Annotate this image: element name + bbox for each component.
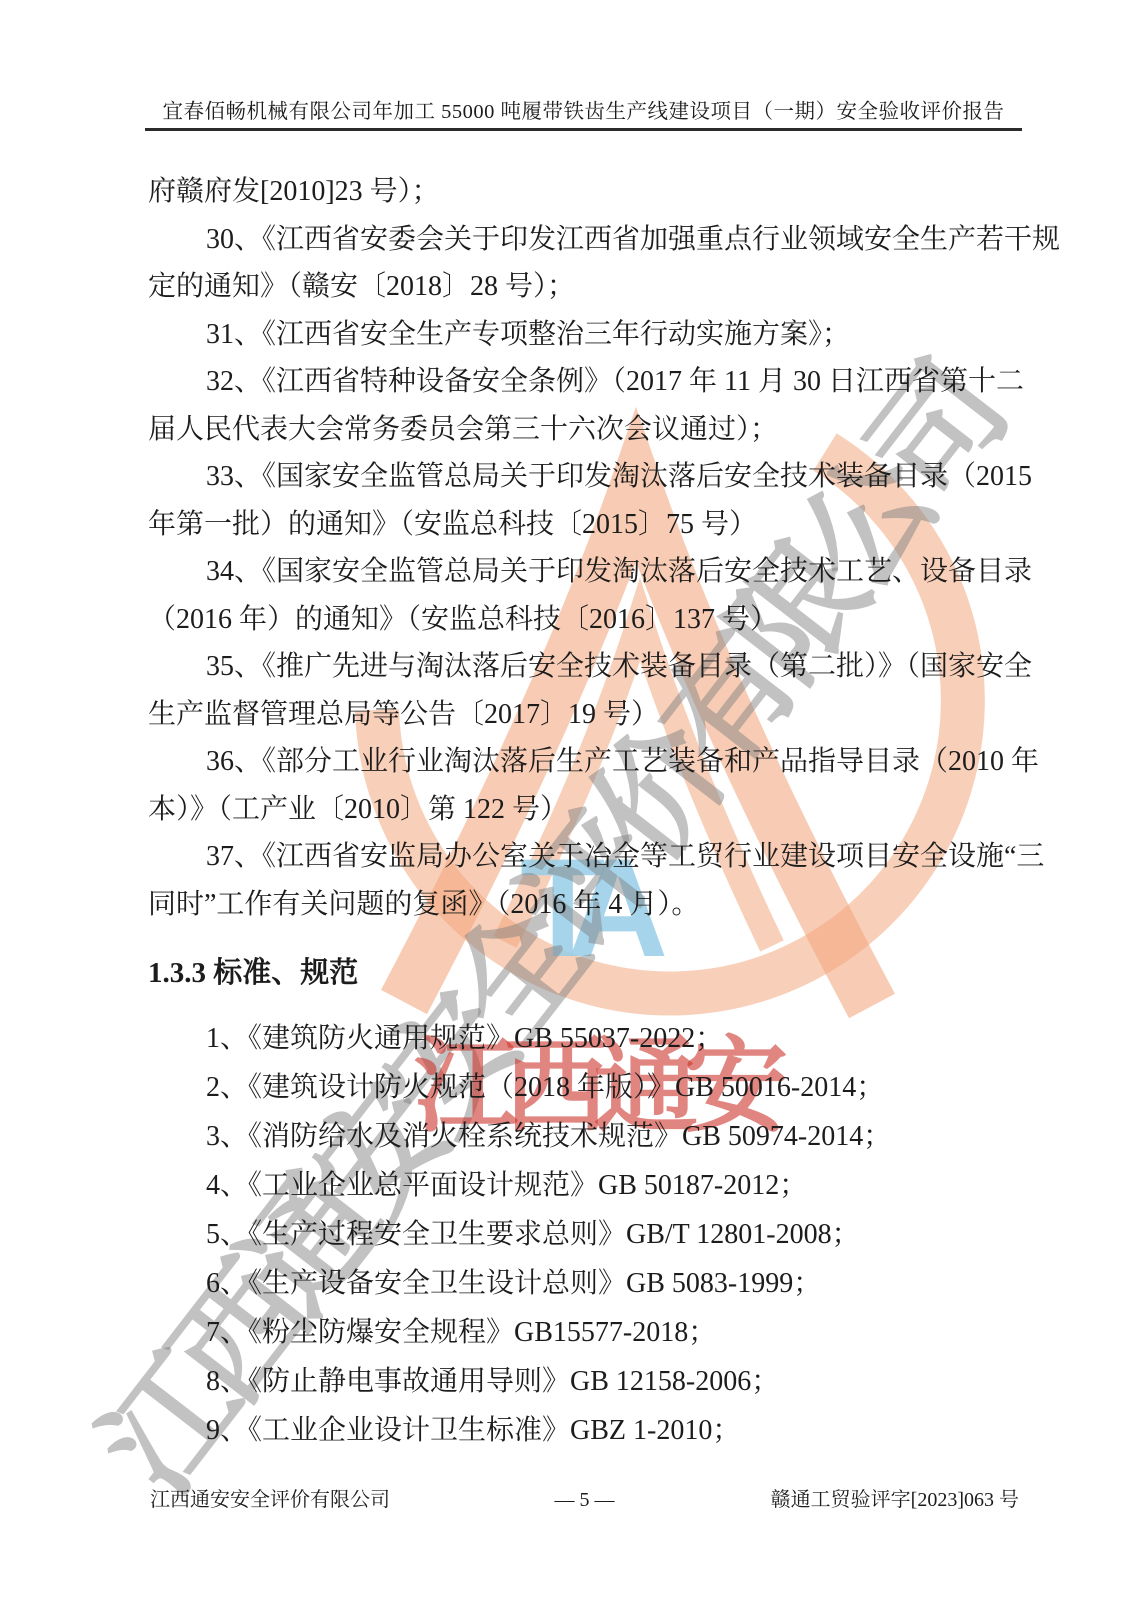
standard-line: 6、《生产设备安全卫生设计总则》GB 5083-1999； bbox=[148, 1259, 1026, 1308]
standard-line: 7、《粉尘防爆安全规程》GB15577-2018； bbox=[148, 1308, 1026, 1357]
document-body: 府赣府发[2010]23 号）； 30、《江西省安委会关于印发江西省加强重点行业… bbox=[148, 168, 1026, 1455]
document-page: TA 江西通安安全评价有限公司 江西通安 宜春佰畅机械有限公司年加工 55000… bbox=[0, 0, 1129, 1600]
page-header-title: 宜春佰畅机械有限公司年加工 55000 吨履带铁齿生产线建设项目（一期）安全验收… bbox=[145, 94, 1022, 124]
standard-line: 2、《建筑设计防火规范（2018 年版）》GB 50016-2014； bbox=[148, 1063, 1026, 1112]
body-line: 年第一批）的通知》（安监总科技〔2015〕75 号） bbox=[148, 501, 1026, 549]
body-line: 34、《国家安全监管总局关于印发淘汰落后安全技术工艺、设备目录 bbox=[148, 548, 1026, 596]
body-line: （2016 年）的通知》（安监总科技〔2016〕137 号） bbox=[148, 596, 1026, 644]
footer-company: 江西通安安全评价有限公司 bbox=[150, 1483, 555, 1512]
footer-doc-number: 赣通工贸验评字[2023]063 号 bbox=[615, 1483, 1020, 1512]
standard-line: 4、《工业企业总平面设计规范》GB 50187-2012； bbox=[148, 1161, 1026, 1210]
header-rule bbox=[145, 128, 1022, 131]
body-line: 同时”工作有关问题的复函》（2016 年 4 月）。 bbox=[148, 881, 1026, 929]
body-line: 届人民代表大会常务委员会第三十六次会议通过）； bbox=[148, 406, 1026, 454]
standard-line: 3、《消防给水及消火栓系统技术规范》GB 50974-2014； bbox=[148, 1112, 1026, 1161]
body-line: 37、《江西省安监局办公室关于冶金等工贸行业建设项目安全设施“三 bbox=[148, 833, 1026, 881]
section-heading: 1.3.3 标准、规范 bbox=[148, 928, 1026, 1000]
body-line: 33、《国家安全监管总局关于印发淘汰落后安全技术装备目录（2015 bbox=[148, 453, 1026, 501]
standard-line: 5、《生产过程安全卫生要求总则》GB/T 12801-2008； bbox=[148, 1210, 1026, 1259]
body-line: 32、《江西省特种设备安全条例》（2017 年 11 月 30 日江西省第十二 bbox=[148, 358, 1026, 406]
body-line: 定的通知》（赣安〔2018〕28 号）； bbox=[148, 263, 1026, 311]
body-line: 30、《江西省安委会关于印发江西省加强重点行业领域安全生产若干规 bbox=[148, 216, 1026, 264]
body-line: 本）》（工产业〔2010〕第 122 号） bbox=[148, 786, 1026, 834]
body-line: 36、《部分工业行业淘汰落后生产工艺装备和产品指导目录（2010 年 bbox=[148, 738, 1026, 786]
body-line: 生产监督管理总局等公告〔2017〕19 号） bbox=[148, 691, 1026, 739]
page-footer: 江西通安安全评价有限公司 — 5 — 赣通工贸验评字[2023]063 号 bbox=[150, 1483, 1019, 1512]
standard-line: 1、《建筑防火通用规范》GB 55037-2022； bbox=[148, 1014, 1026, 1063]
body-line: 府赣府发[2010]23 号）； bbox=[148, 168, 1026, 216]
standard-line: 8、《防止静电事故通用导则》GB 12158-2006； bbox=[148, 1357, 1026, 1406]
footer-page-number: — 5 — bbox=[555, 1489, 615, 1512]
standard-line: 9、《工业企业设计卫生标准》GBZ 1-2010； bbox=[148, 1406, 1026, 1455]
body-line: 31、《江西省安全生产专项整治三年行动实施方案》； bbox=[148, 311, 1026, 359]
body-line: 35、《推广先进与淘汰落后安全技术装备目录（第二批）》（国家安全 bbox=[148, 643, 1026, 691]
